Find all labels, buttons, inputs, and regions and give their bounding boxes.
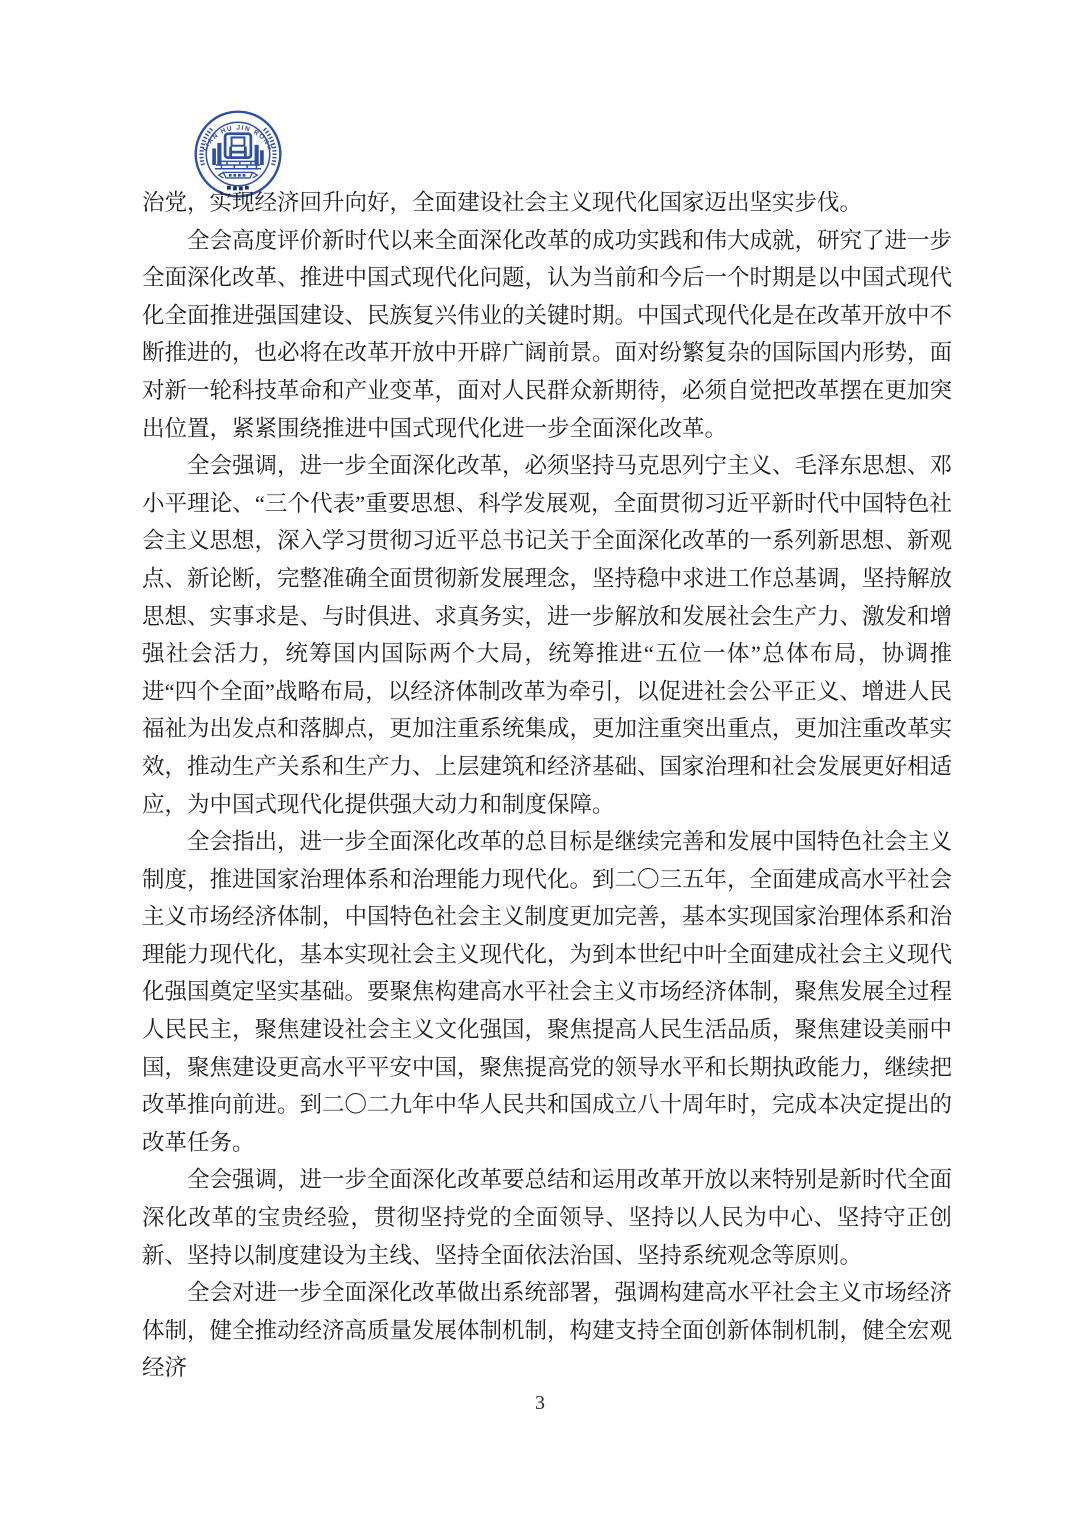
paragraph-plenum-appraisal: 全会高度评价新时代以来全面深化改革的成功实践和伟大成就，研究了进一步全面深化改革… bbox=[142, 222, 952, 448]
paragraph-overall-goal: 全会指出，进一步全面深化改革的总目标是继续完善和发展中国特色社会主义制度，推进国… bbox=[142, 823, 952, 1161]
paragraph-continuation: 治党，实现经济回升向好，全面建设社会主义现代化国家迈出坚实步伐。 bbox=[142, 184, 952, 222]
document-page: LIAN HU JIN RONG bbox=[0, 0, 1080, 1527]
document-body: 治党，实现经济回升向好，全面建设社会主义现代化国家迈出坚实步伐。 全会高度评价新… bbox=[142, 184, 952, 1387]
paragraph-guiding-ideology: 全会强调，进一步全面深化改革，必须坚持马克思列宁主义、毛泽东思想、邓小平理论、“… bbox=[142, 447, 952, 823]
page-number: 3 bbox=[0, 1392, 1080, 1415]
paragraph-principles: 全会强调，进一步全面深化改革要总结和运用改革开放以来特别是新时代全面深化改革的宝… bbox=[142, 1161, 952, 1274]
paragraph-systematic-deployment: 全会对进一步全面深化改革做出系统部署，强调构建高水平社会主义市场经济体制，健全推… bbox=[142, 1274, 952, 1387]
